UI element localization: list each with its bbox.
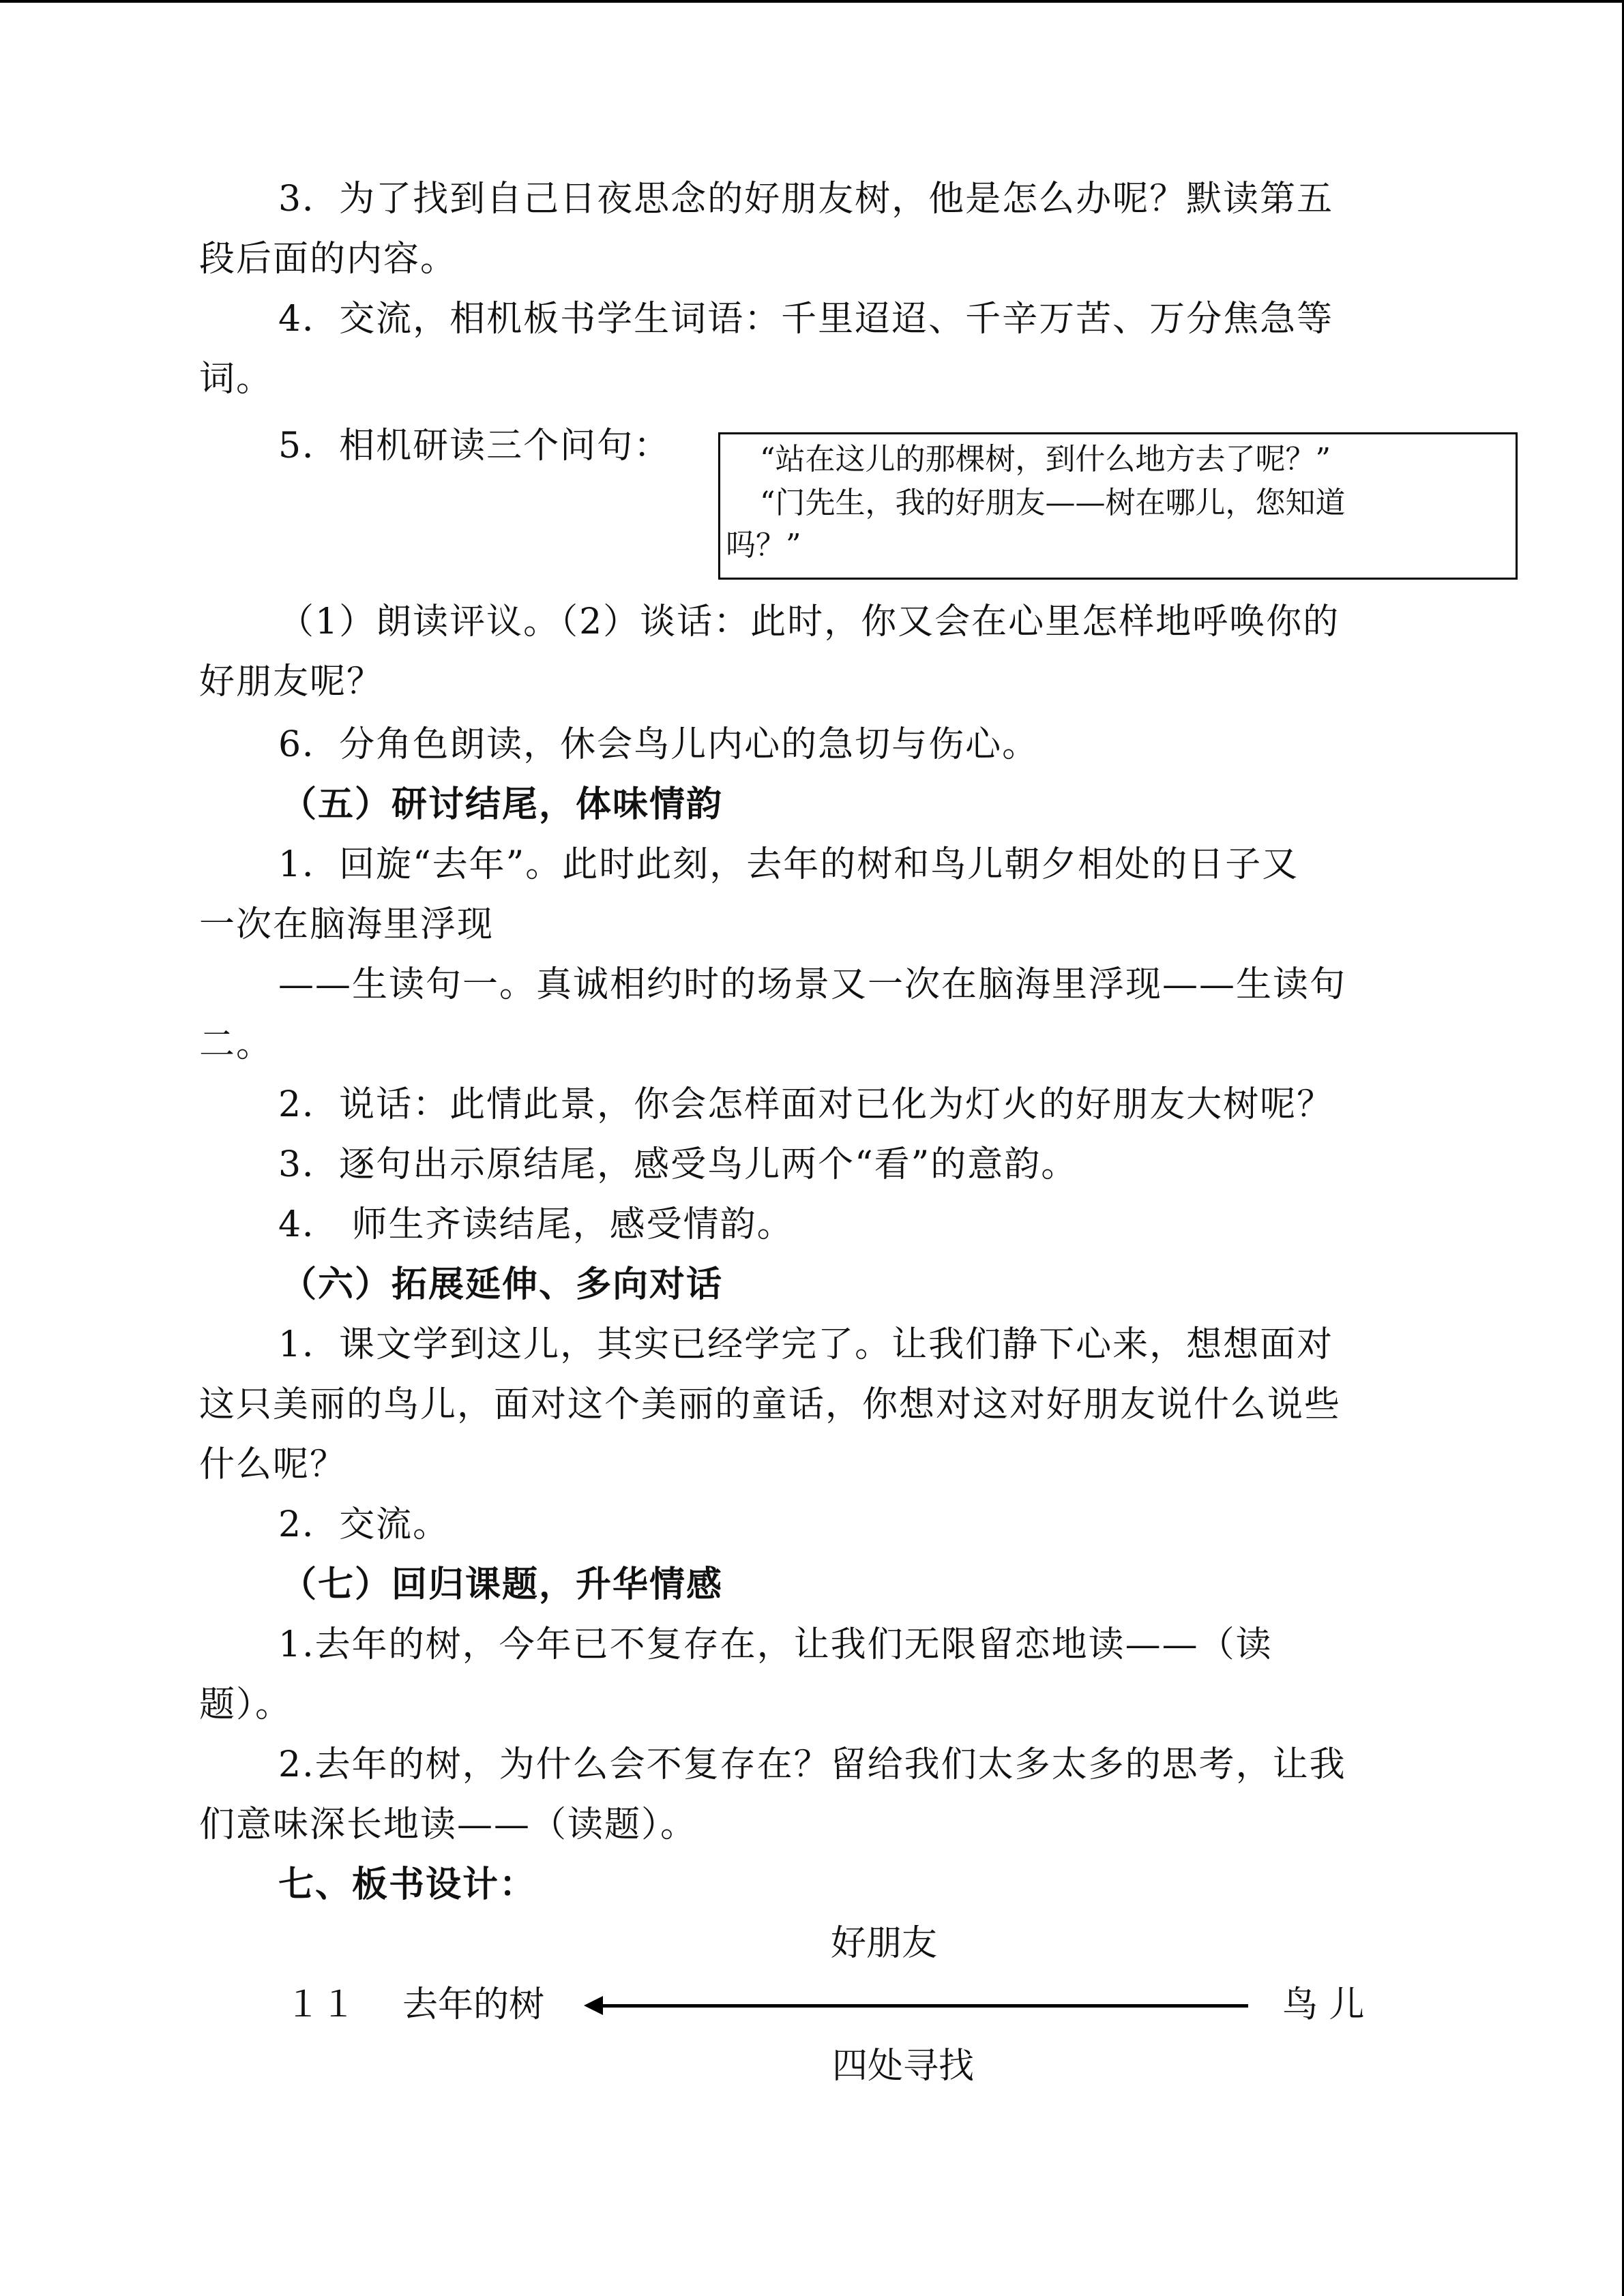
paragraph-step-5: 5．相机研读三个问句：	[278, 426, 670, 466]
paragraph-5-1-cont-1: 一次在脑海里浮现	[199, 904, 494, 945]
paragraph-6-1-cont-1: 这只美丽的鸟儿，面对这个美丽的童话，你想对这对好朋友说什么说些	[199, 1384, 1341, 1425]
board-design-heading: 七、板书设计：	[278, 1864, 536, 1905]
paragraph-step-5-sub: （1）朗读评议。（2）谈话：此时，你又会在心里怎样地呼唤你的	[278, 601, 1340, 642]
paragraph-5-1: 1．回旋“去年”。此时此刻，去年的树和鸟儿朝夕相处的日子又	[278, 844, 1299, 885]
paragraph-5-2: 2．说话：此情此景，你会怎样面对已化为灯火的好朋友大树呢？	[278, 1084, 1333, 1125]
paragraph-step-4-cont: 词。	[199, 359, 273, 400]
paragraph-6-1: 1．课文学到这儿，其实已经学完了。让我们静下心来，想想面对	[278, 1324, 1333, 1365]
paragraph-5-1-cont-3: 二。	[199, 1024, 273, 1065]
paragraph-5-3: 3．逐句出示原结尾，感受鸟儿两个“看”的意韵。	[278, 1144, 1078, 1185]
paragraph-7-1: 1.去年的树，今年已不复存在，让我们无限留恋地读——（读	[278, 1624, 1273, 1665]
section-heading-6: （六）拓展延伸、多向对话	[281, 1264, 723, 1305]
quote-line-3: 吗？”	[726, 528, 801, 563]
board-top-label: 好朋友	[831, 1923, 937, 1964]
board-bottom-label: 四处寻找	[832, 2046, 974, 2087]
board-right-label: 鸟 儿	[1282, 1984, 1365, 2025]
paragraph-7-1-cont: 题）。	[199, 1684, 292, 1725]
board-left-label: 去年的树	[402, 1984, 544, 2025]
quote-line-1: “站在这儿的那棵树，到什么地方去了呢？”	[760, 443, 1331, 477]
section-heading-5: （五）研讨结尾，体味情韵	[281, 784, 723, 825]
paragraph-6-2: 2．交流。	[278, 1504, 449, 1545]
board-lesson-number: １１	[285, 1984, 356, 2025]
paragraph-step-6: 6．分角色朗读，休会鸟儿内心的急切与伤心。	[278, 724, 1039, 765]
paragraph-step-4: 4．交流，相机板书学生词语：千里迢迢、千辛万苦、万分焦急等	[278, 299, 1333, 340]
paragraph-5-4: 4． 师生齐读结尾，感受情韵。	[278, 1204, 794, 1245]
quote-box: “站在这儿的那棵树，到什么地方去了呢？” “门先生，我的好朋友——树在哪儿，您知…	[718, 432, 1518, 580]
paragraph-7-2: 2.去年的树，为什么会不复存在？留给我们太多太多的思考，让我	[278, 1744, 1346, 1785]
paragraph-step-3-cont: 段后面的内容。	[199, 239, 457, 280]
paragraph-6-1-cont-2: 什么呢？	[199, 1444, 346, 1485]
arrow-shaft	[600, 2004, 1248, 2008]
paragraph-5-1-cont-2: ——生读句一。真诚相约时的场景又一次在脑海里浮现——生读句	[278, 964, 1346, 1005]
paragraph-step-3: 3．为了找到自己日夜思念的好朋友树，他是怎么办呢？默读第五	[278, 179, 1333, 220]
paragraph-step-5-sub-cont: 好朋友呢？	[199, 661, 383, 702]
quote-line-2: “门先生，我的好朋友——树在哪儿，您知道	[760, 486, 1346, 520]
page-top-border	[0, 0, 1624, 3]
section-heading-7: （七）回归课题，升华情感	[281, 1564, 723, 1605]
paragraph-7-2-cont: 们意味深长地读——（读题）。	[199, 1804, 697, 1845]
